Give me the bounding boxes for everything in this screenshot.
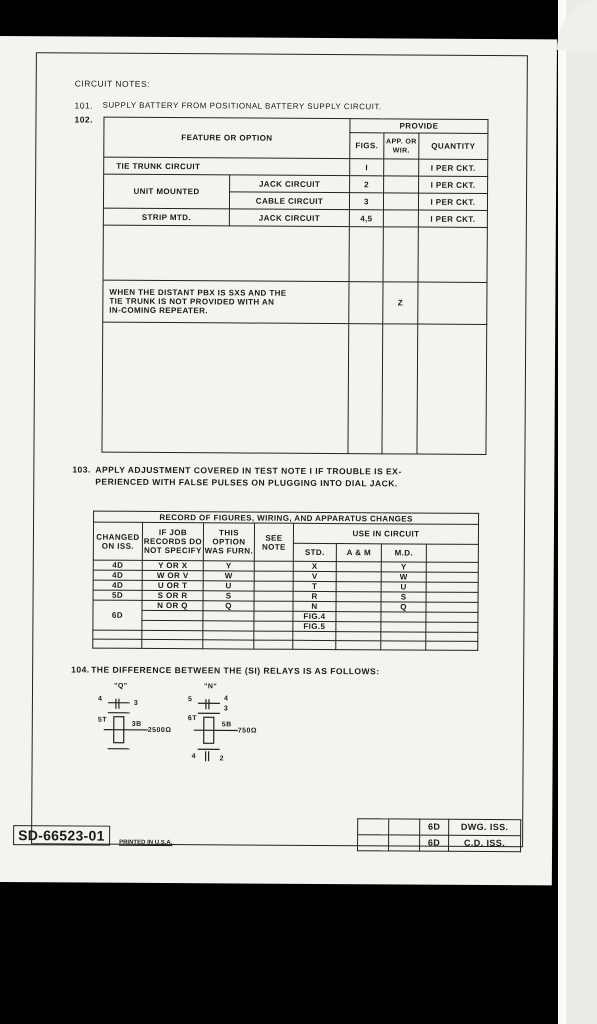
row-feature: TIE TRUNK CIRCUIT xyxy=(104,157,350,176)
row-app xyxy=(384,176,419,193)
row-group: UNIT MOUNTED xyxy=(103,174,229,209)
dwg-iss-label: DWG. ISS. xyxy=(449,819,521,835)
row-qty xyxy=(418,282,487,324)
row-app xyxy=(383,210,418,227)
header-md: M.D. xyxy=(381,544,426,562)
row-qty: I PER CKT. xyxy=(418,210,487,227)
header-use-in-circuit: USE IN CIRCUIT xyxy=(293,523,478,544)
row-figs xyxy=(349,282,383,324)
note-104-number: 104. xyxy=(71,664,90,674)
header-app: APP. OR WIR. xyxy=(384,133,419,159)
note-101-number: 101. xyxy=(75,100,94,110)
row-app: Z xyxy=(383,282,418,324)
adjacent-page xyxy=(558,0,597,1024)
header-am: A & M xyxy=(336,544,381,562)
cd-iss-label: C.D. ISS. xyxy=(449,835,521,851)
relay-n-diagram: "N" 5 4 3 6T 5B 750Ω 4 2 xyxy=(186,683,286,764)
dwg-iss-value: 6D xyxy=(420,819,449,835)
header-feature: FEATURE OR OPTION xyxy=(104,117,350,159)
drawing-number: SD-66523-01 xyxy=(13,825,110,846)
row-feature: JACK CIRCUIT xyxy=(229,209,349,227)
row-app xyxy=(383,193,418,210)
header-ifjob: IF JOB RECORDS DO NOT SPECIFY xyxy=(142,522,203,560)
row-figs: I xyxy=(350,159,384,176)
row-feature: JACK CIRCUIT xyxy=(230,175,350,193)
header-changed: CHANGED ON ISS. xyxy=(93,522,142,560)
row-qty: I PER CKT. xyxy=(419,176,488,193)
relay-q-diagram: "Q" 4 3 5T 3B 2500Ω xyxy=(96,683,196,754)
header-provide: PROVIDE xyxy=(350,119,488,134)
document-page: CIRCUIT NOTES: 101. SUPPLY BATTERY FROM … xyxy=(0,36,557,885)
record-of-changes-table: RECORD OF FIGURES, WIRING, AND APPARATUS… xyxy=(92,511,479,651)
note-101-text: SUPPLY BATTERY FROM POSITIONAL BATTERY S… xyxy=(103,101,382,112)
header-std: STD. xyxy=(293,543,336,561)
note-102-number: 102. xyxy=(74,114,93,124)
note-103-line1: APPLY ADJUSTMENT COVERED IN TEST NOTE I … xyxy=(95,465,401,477)
note-104-text: THE DIFFERENCE BETWEEN THE (SI) RELAYS I… xyxy=(91,665,379,677)
printed-in-usa: PRINTED IN U.S.A. xyxy=(119,840,172,846)
row-figs: 3 xyxy=(349,193,383,210)
row-feature: CABLE CIRCUIT xyxy=(229,192,349,210)
row-feature: WHEN THE DISTANT PBX IS SXS AND THE TIE … xyxy=(103,280,349,324)
header-quantity: QUANTITY xyxy=(419,133,488,159)
header-figs: FIGS. xyxy=(350,133,384,159)
cd-iss-value: 6D xyxy=(420,835,449,851)
row-qty: I PER CKT. xyxy=(418,193,487,210)
circuit-notes-heading: CIRCUIT NOTES: xyxy=(75,78,150,88)
row-app xyxy=(384,159,419,176)
issue-block: 6D DWG. ISS. 6D C.D. ISS. xyxy=(357,818,521,852)
row-figs: 4,5 xyxy=(349,210,383,227)
row-qty: I PER CKT. xyxy=(419,159,488,176)
note-103-number: 103. xyxy=(72,464,91,474)
row-figs: 2 xyxy=(350,176,384,193)
header-this-option: THIS OPTION WAS FURN. xyxy=(203,523,254,561)
feature-option-table: FEATURE OR OPTION PROVIDE FIGS. APP. OR … xyxy=(101,117,488,455)
row-group: STRIP MTD. xyxy=(103,208,229,226)
note-103-line2: PERIENCED WITH FALSE PULSES ON PLUGGING … xyxy=(95,477,398,489)
header-see-note: SEE NOTE xyxy=(254,523,293,561)
